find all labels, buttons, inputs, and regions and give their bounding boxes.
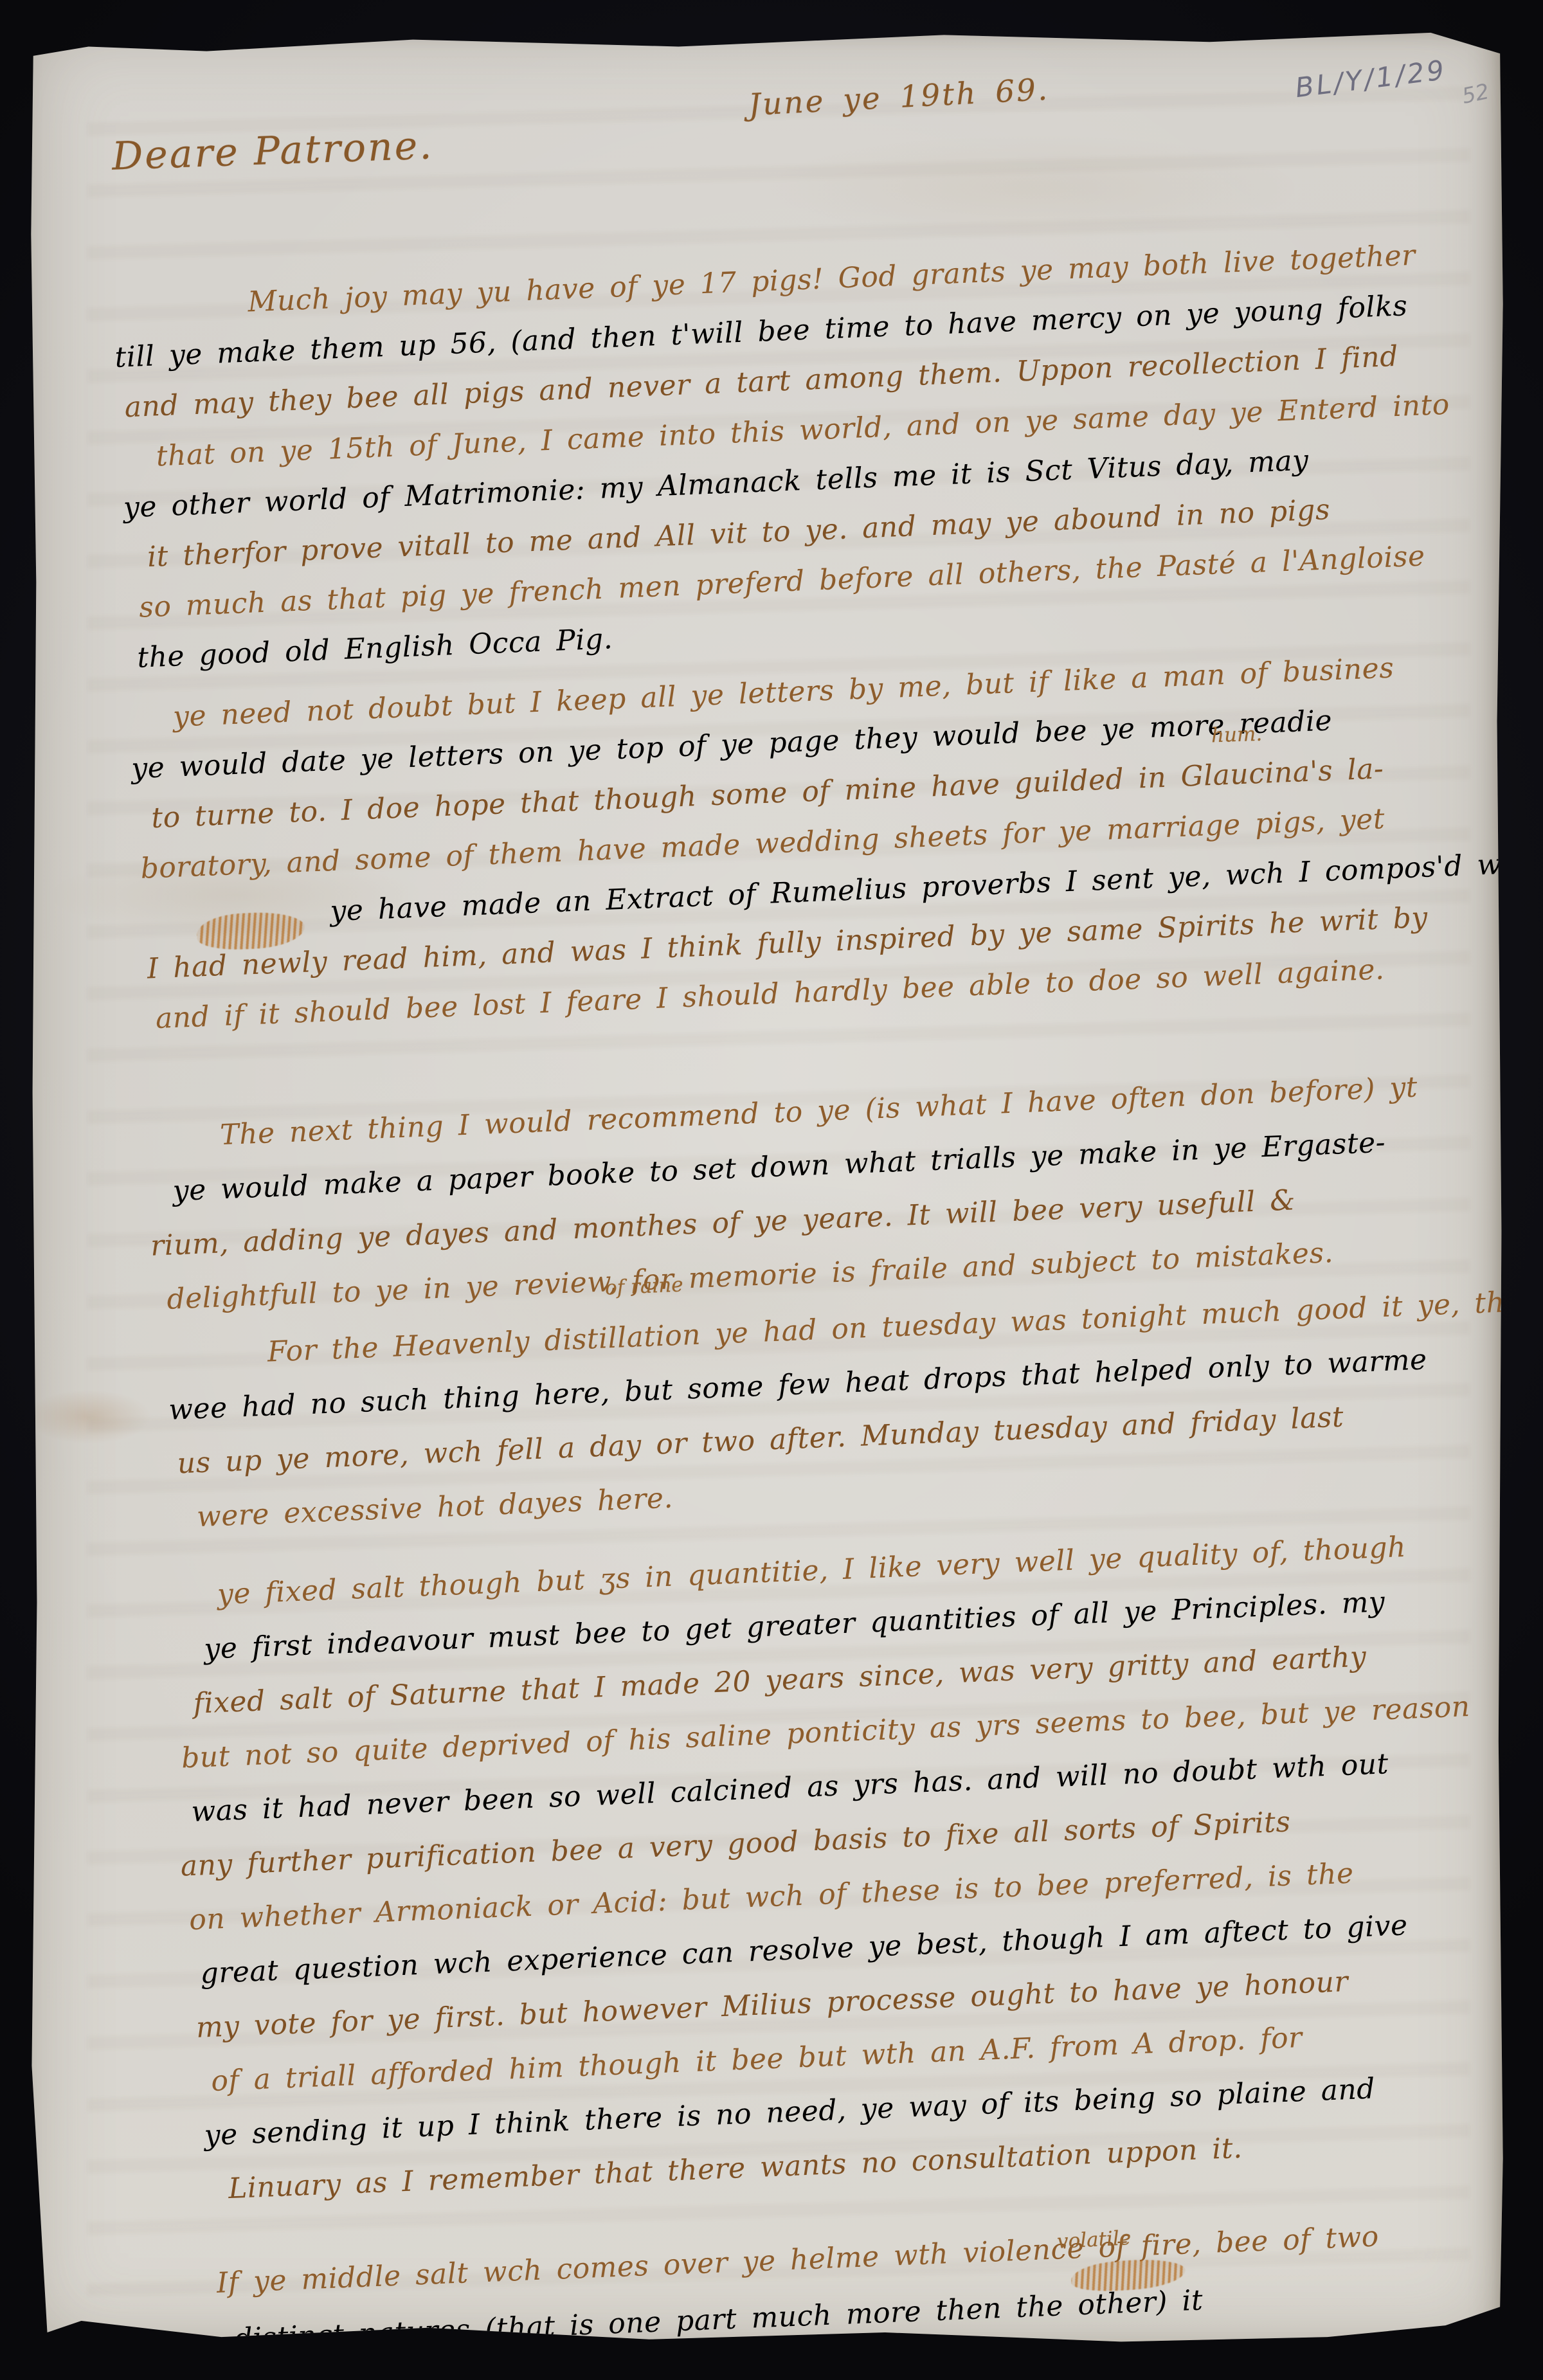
paragraph-5: ye fixed salt though but ʒs in quantitie… bbox=[163, 1513, 1543, 2218]
manuscript-letter-page: BL/Y/1/29 52 June ye 19th 69. Deare Patr… bbox=[30, 26, 1504, 2344]
archive-reference-pencil: BL/Y/1/29 bbox=[1294, 54, 1448, 104]
photo-backdrop: BL/Y/1/29 52 June ye 19th 69. Deare Patr… bbox=[0, 0, 1543, 2380]
date-line: June ye 19th 69. bbox=[748, 72, 1050, 123]
interlinear-insertion: hum. bbox=[1211, 723, 1262, 748]
paragraph-2: ye need not doubt but I keep all ye lett… bbox=[129, 637, 1543, 1045]
paragraph-6: If ye middle salt wch comes over ye helm… bbox=[191, 2199, 1543, 2370]
letter-body: Much joy may yu have of ye 17 pigs! God … bbox=[112, 226, 1543, 2369]
interlinear-insertion: of raine bbox=[604, 1273, 683, 1299]
salutation: Deare Patrone. bbox=[111, 123, 434, 179]
paragraph-1: Much joy may yu have of ye 17 pigs! God … bbox=[112, 226, 1543, 683]
folio-number-pencil: 52 bbox=[1459, 78, 1491, 109]
interlinear-insertion: volatile bbox=[1056, 2226, 1132, 2253]
